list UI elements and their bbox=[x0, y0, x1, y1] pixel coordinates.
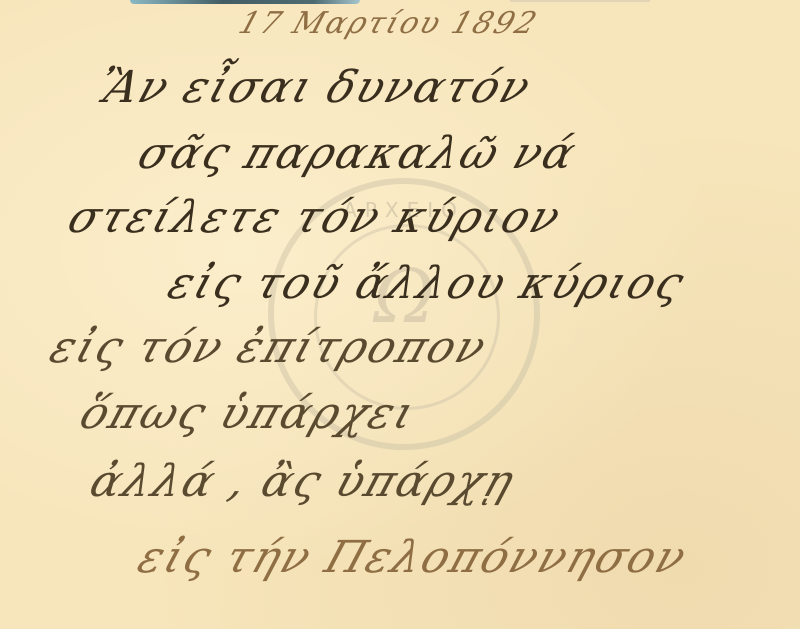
letter-line-3: στείλετε τόν κύριον bbox=[62, 192, 569, 243]
letter-line-4: εἰς τοῦ ἄλλου κύριος bbox=[162, 258, 692, 309]
top-edge-strip bbox=[130, 0, 360, 4]
letter-line-2: σᾶς παρακαλῶ νά bbox=[132, 128, 584, 179]
top-edge-mark bbox=[510, 0, 650, 2]
letter-line-6: ὅπως ὑπάρχει bbox=[74, 388, 423, 439]
date-line: 17 Μαρτίου 1892 bbox=[234, 6, 542, 41]
letter-line-7: ἀλλά , ἂς ὑπάρχῃ bbox=[84, 456, 522, 507]
letter-line-1: Ἂν εἶσαι δυνατόν bbox=[92, 62, 539, 113]
letter-line-8: εἰς τήν Πελοπόννησον bbox=[132, 532, 694, 583]
letter-line-5: εἰς τόν ἐπίτροπον bbox=[44, 322, 494, 373]
